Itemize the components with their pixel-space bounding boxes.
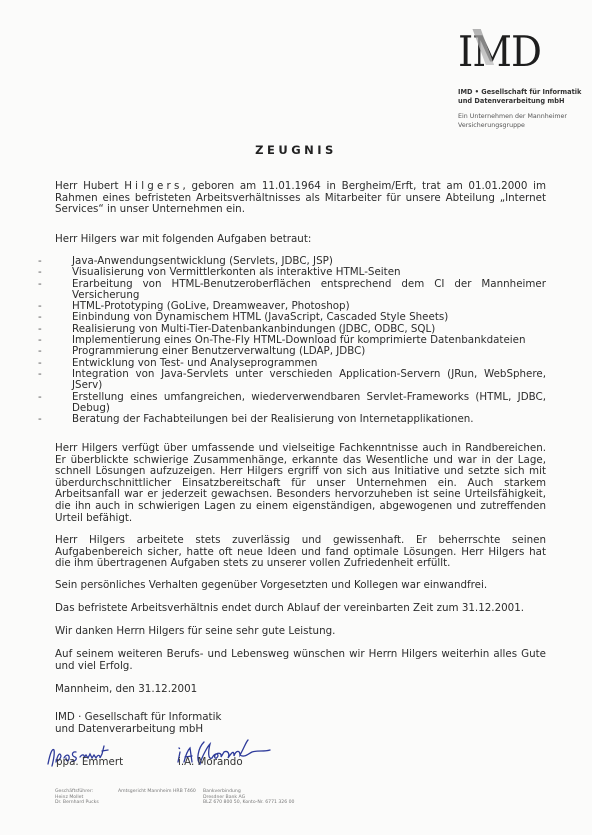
closing-company: IMD · Gesellschaft für Informatik und Da… <box>55 712 546 735</box>
wishes-paragraph: Auf seinem weiteren Berufs- und Lebenswe… <box>55 649 546 672</box>
bullet-dash-icon: - <box>38 267 42 278</box>
group-note-line-1: Ein Unternehmen der Mannheimer <box>458 113 567 122</box>
task-list: -Java-Anwendungsentwicklung (Servlets, J… <box>38 256 546 425</box>
task-text: Programmierung einer Benutzerverwaltung … <box>72 345 365 357</box>
task-text: Visualisierung von Vermittlerkonten als … <box>72 266 401 278</box>
logo-letter-d: D <box>511 27 541 76</box>
termination-paragraph: Das befristete Arbeitsverhältnis endet d… <box>55 603 546 615</box>
bullet-dash-icon: - <box>38 279 42 290</box>
footer-management-label: Geschäftsführer: <box>55 789 99 795</box>
bullet-dash-icon: - <box>38 392 42 403</box>
task-text: Erarbeitung von HTML-Benutzeroberflächen… <box>72 278 546 301</box>
task-item: -Integration von Java-Servlets unter ver… <box>38 369 546 392</box>
footer-court-register: Amtsgericht Mannheim HRB T460 <box>118 789 196 795</box>
task-text: Realisierung von Multi-Tier-Datenbankanb… <box>72 323 435 335</box>
bullet-dash-icon: - <box>38 346 42 357</box>
signature-morando: i.A. Morando <box>174 738 284 772</box>
task-text: Beratung der Fachabteilungen bei der Rea… <box>72 413 474 425</box>
intro-salutation: Herr Hubert <box>55 180 124 192</box>
signer-name-emmert: ppa. Emmert <box>56 756 123 768</box>
logo-letter-i: I <box>458 27 472 76</box>
footer-manager-2: Dr. Bernhard Pucks <box>55 800 99 806</box>
task-text: HTML-Prototyping (GoLive, Dreamweaver, P… <box>72 300 350 312</box>
closing-company-line-2: und Datenverarbeitung mbH <box>55 724 546 736</box>
group-note-line-2: Versicherungsgruppe <box>458 122 567 131</box>
letterhead-company-name: IMD • Gesellschaft für Informatik und Da… <box>458 88 581 106</box>
logo-letter-m: M <box>472 27 511 76</box>
employee-surname: Hilgers <box>124 180 182 192</box>
intro-paragraph: Herr Hubert Hilgers, geboren am 11.01.19… <box>55 181 546 216</box>
conduct-paragraph: Sein persönliches Verhalten gegenüber Vo… <box>55 580 546 592</box>
bullet-dash-icon: - <box>38 414 42 425</box>
tasks-heading: Herr Hilgers war mit folgenden Aufgaben … <box>55 234 546 246</box>
skills-paragraph: Herr Hilgers verfügt über umfassende und… <box>55 443 546 524</box>
footer-management: Geschäftsführer: Heinz Mollet Dr. Bernha… <box>55 789 99 806</box>
document-title: ZEUGNIS <box>0 143 592 157</box>
task-text: Entwicklung von Test- und Analyseprogram… <box>72 357 317 369</box>
task-text: Integration von Java-Servlets unter vers… <box>72 368 546 391</box>
bullet-dash-icon: - <box>38 369 42 380</box>
signer-name-morando: i.A. Morando <box>178 756 243 768</box>
signature-emmert: ppa. Emmert <box>44 742 134 772</box>
task-text: Java-Anwendungsentwicklung (Servlets, JD… <box>72 255 333 267</box>
thanks-paragraph: Wir danken Herrn Hilgers für seine sehr … <box>55 626 546 638</box>
task-text: Einbindung von Dynamischem HTML (JavaScr… <box>72 311 448 323</box>
task-text: Erstellung eines umfangreichen, wiederve… <box>72 391 546 414</box>
company-name-line-1: IMD • Gesellschaft für Informatik <box>458 88 581 97</box>
letterhead-group-note: Ein Unternehmen der Mannheimer Versicher… <box>458 113 567 130</box>
closing-company-line-1: IMD · Gesellschaft für Informatik <box>55 712 546 724</box>
performance-paragraph: Herr Hilgers arbeitete stets zuverlässig… <box>55 535 546 570</box>
footer-bank: Bankverbindung Dresdner Bank AG BLZ 670 … <box>203 789 294 806</box>
task-item: -Erarbeitung von HTML-Benutzeroberfläche… <box>38 279 546 302</box>
task-text: Implementierung eines On-The-Fly HTML-Do… <box>72 334 526 346</box>
task-item: -Beratung der Fachabteilungen bei der Re… <box>38 414 546 425</box>
imd-logo: IMD <box>458 30 541 74</box>
footer-bank-details: BLZ 670 800 50, Konto-Nr. 6771 326 00 <box>203 800 294 806</box>
place-date: Mannheim, den 31.12.2001 <box>55 684 546 696</box>
company-name-line-2: und Datenverarbeitung mbH <box>458 97 581 106</box>
task-item: -Erstellung eines umfangreichen, wiederv… <box>38 392 546 415</box>
